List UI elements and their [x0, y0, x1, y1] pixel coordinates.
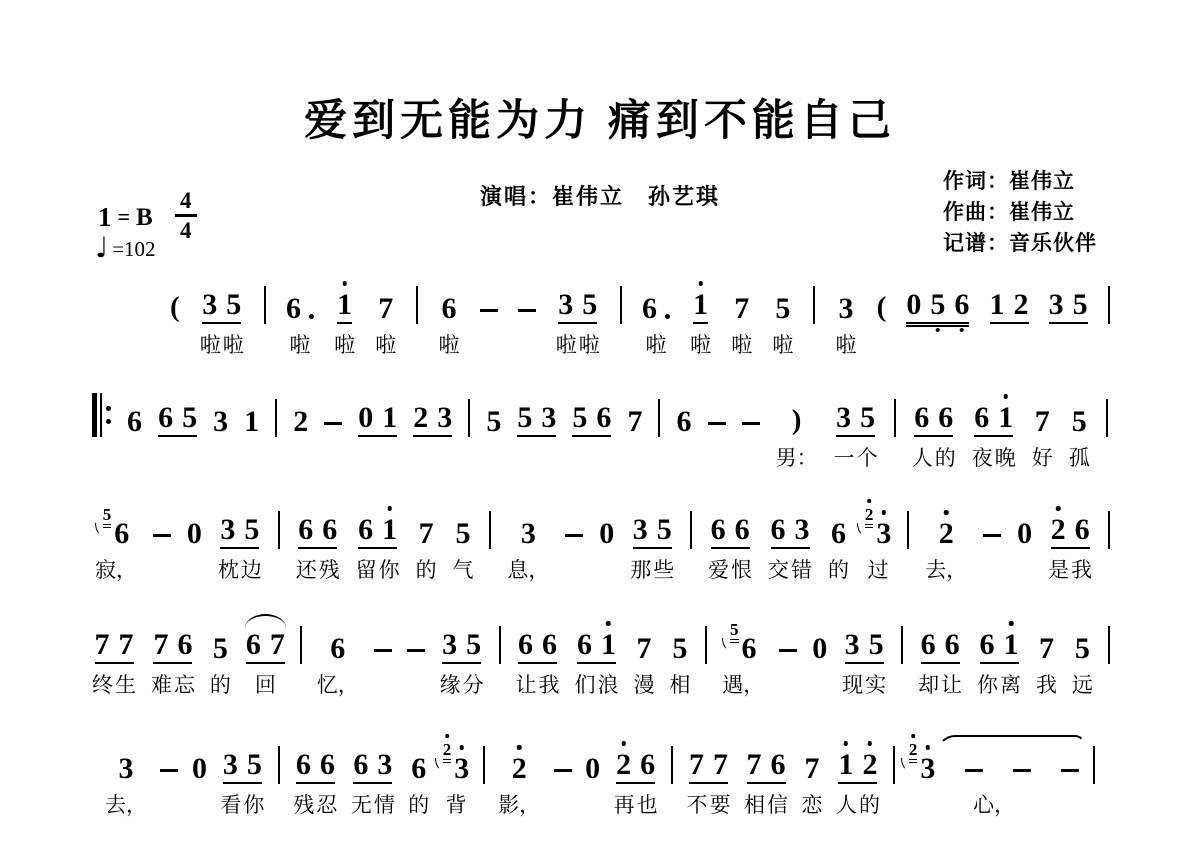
note-digit: 7: [1039, 634, 1054, 664]
beam-group: 77: [95, 630, 134, 664]
lyric-syllable: 晚: [995, 446, 1016, 474]
lyric-syllable: 信: [767, 793, 788, 821]
note: 1: [693, 290, 708, 324]
lyric-syllable: 我: [1071, 558, 1092, 586]
score-token: [278, 505, 280, 586]
score-token: 12: [990, 280, 1029, 361]
note: 5: [182, 403, 197, 433]
score-token: 26再也: [614, 740, 658, 821]
score-token: [407, 620, 425, 701]
tempo-value: =102: [112, 237, 155, 262]
score-token: 66让我: [516, 620, 560, 701]
note: 1: [998, 403, 1013, 433]
note: 0: [599, 519, 614, 549]
score-token: 56: [572, 393, 611, 474]
note-digit: 5: [657, 515, 672, 545]
score-token: [1093, 740, 1095, 821]
octave-dot-above: [342, 281, 347, 286]
score-token: [901, 620, 903, 701]
note: 5: [247, 750, 262, 780]
note-digit: 3: [845, 630, 860, 660]
score-token: 5远: [1072, 620, 1093, 701]
score-token: [489, 505, 491, 586]
note: 6: [127, 407, 142, 437]
duration-dash: [480, 309, 498, 313]
beam-group: 56: [572, 403, 611, 437]
duration-dash: [160, 769, 178, 773]
lyric-syllable: 实: [865, 673, 886, 701]
beam-group: 66: [914, 403, 953, 437]
beam-group: 61: [358, 515, 397, 549]
lyric-syllable: 现: [842, 673, 863, 701]
note: 6: [177, 630, 192, 660]
note-digit: 6: [771, 750, 786, 780]
note: 23: [909, 754, 936, 784]
credits-block: 作词：崔伟立 作曲：崔伟立 记谱：音乐伙伴: [943, 166, 1097, 259]
duration-dash: [1061, 769, 1079, 773]
lyric-syllable: 也: [637, 793, 658, 821]
note: 3: [795, 515, 810, 545]
lyric-syllable: 远: [1072, 673, 1093, 701]
score-token: [92, 393, 111, 474]
note-digit: 7: [119, 630, 134, 660]
lyric-syllable: 情: [374, 793, 395, 821]
note-digit: 6: [596, 403, 611, 433]
note-digit: 5: [1072, 407, 1087, 437]
note-digit: 2: [616, 750, 631, 780]
score-token: [1108, 620, 1110, 701]
note: 6: [596, 403, 611, 433]
note: 7: [270, 630, 285, 660]
key-numeral: 1: [98, 204, 112, 231]
score-token: 53: [517, 393, 556, 474]
barline: [705, 626, 707, 664]
score-token: 61夜晚: [972, 393, 1016, 474]
note-digit: 3: [795, 515, 810, 545]
note-digit: 3: [442, 630, 457, 660]
note-digit: 7: [713, 750, 728, 780]
note: 5: [1073, 290, 1088, 320]
score-token: 6忆，: [317, 620, 359, 701]
lyric-syllable: 的: [416, 558, 437, 586]
note: 0: [812, 634, 827, 664]
duration-dash: [742, 422, 760, 426]
lyric-syllable: 啦: [200, 333, 221, 361]
note: 3: [521, 519, 536, 549]
score-token: 3息，: [507, 505, 549, 586]
lyric-syllable: 交: [768, 558, 789, 586]
lyric-syllable: 一: [834, 446, 855, 474]
note: 5: [213, 634, 228, 664]
score-token: 66人的: [912, 393, 956, 474]
score-token: 6的: [408, 740, 429, 821]
barline: [907, 511, 909, 549]
note-digit: 3: [558, 290, 573, 320]
lyric-syllable: 我: [539, 673, 560, 701]
lyric-syllable: 啦: [772, 333, 793, 361]
note: 1: [337, 290, 352, 324]
barline: [483, 746, 485, 784]
lyric-syllable: 啦: [645, 333, 666, 361]
score-token: 1啦: [690, 280, 711, 361]
note-digit: 6: [640, 750, 655, 780]
quarter-note-icon: ♩: [95, 234, 108, 262]
lyric-syllable: 你: [243, 793, 264, 821]
note: 2: [862, 750, 877, 780]
barline: [1093, 746, 1095, 784]
lyric-syllable: 啦: [836, 333, 857, 361]
note: 5: [486, 407, 501, 437]
note: 5: [1075, 634, 1090, 664]
beam-group: 35: [836, 403, 875, 437]
note: 3: [213, 407, 228, 437]
note: 6: [411, 754, 426, 784]
note: 6: [246, 630, 261, 660]
score-token: [907, 505, 909, 586]
note-digit: 6: [771, 515, 786, 545]
music-line-1: (35啦啦6啦1啦7啦6啦35啦啦6啦1啦7啦5啦3啦(0561235: [170, 280, 1110, 361]
note-digit: 3: [541, 403, 556, 433]
second-beam-line: [906, 325, 969, 327]
score-token: 66爱恨: [708, 505, 752, 586]
score-token: 2去，: [925, 505, 967, 586]
beam-group: 53: [517, 403, 556, 437]
lyric-syllable: 好: [1032, 446, 1053, 474]
score-token: 7我: [1036, 620, 1057, 701]
note: 7: [627, 407, 642, 437]
beam-group: 66: [298, 515, 337, 549]
barline: [1108, 286, 1110, 324]
note: 6: [640, 750, 655, 780]
note-digit: 6: [127, 407, 142, 437]
lyric-syllable: 我: [1036, 673, 1057, 701]
score-token: 66残忍: [293, 740, 337, 821]
note-digit: 6: [677, 407, 692, 437]
note-digit: 7: [804, 754, 819, 784]
note: 5: [930, 290, 945, 320]
note: 5: [672, 634, 687, 664]
note-digit: 3: [836, 403, 851, 433]
note: 5: [572, 403, 587, 433]
note-digit: 2: [512, 754, 527, 784]
lyric-syllable: 啦: [375, 333, 396, 361]
note: 3: [541, 403, 556, 433]
score-token: [300, 620, 302, 701]
note: 6: [914, 403, 929, 433]
note-digit: 2: [413, 403, 428, 433]
grace-slur-hook: [857, 523, 867, 537]
lyric-syllable: 人: [836, 793, 857, 821]
octave-dot-above: [911, 734, 915, 738]
note-digit: 0: [906, 290, 921, 320]
lyric-syllable: 缘: [440, 673, 461, 701]
note: 7: [689, 750, 704, 780]
beam-group: 63: [771, 515, 810, 549]
lyric-syllable: 是: [1048, 558, 1069, 586]
score-token: [518, 280, 536, 361]
lyric-syllable: 男：: [776, 446, 818, 474]
note-digit: 0: [1017, 519, 1032, 549]
lyric-syllable: 的: [408, 793, 429, 821]
note-digit: 6: [441, 294, 456, 324]
note: 0: [192, 754, 207, 784]
note: 0: [187, 519, 202, 549]
note: 6: [542, 630, 557, 660]
note-digit: 3: [223, 750, 238, 780]
time-numerator: 4: [180, 188, 192, 213]
note-digit: 5: [582, 290, 597, 320]
note: 7: [419, 519, 434, 549]
score-token: [499, 620, 501, 701]
score-token: 61们浪: [574, 620, 618, 701]
note-digit: 6: [320, 750, 335, 780]
music-line-3: 56寂，035枕边66还残61留你7的5气3息，035那些66爱恨63交错6的2…: [95, 505, 1110, 586]
score-token: 77终生: [92, 620, 136, 701]
barline: [278, 511, 280, 549]
score-token: 76相信: [744, 740, 788, 821]
lyric-syllable: 啦: [690, 333, 711, 361]
note: 6: [322, 515, 337, 545]
note-digit: 6: [518, 630, 533, 660]
note: 5: [466, 630, 481, 660]
score-token: 12人的: [836, 740, 880, 821]
note-digit: 3: [454, 754, 469, 784]
score-token: [275, 393, 277, 474]
score-token: 1啦: [334, 280, 355, 361]
octave-dot-above: [1003, 394, 1008, 399]
score-token: [708, 393, 726, 474]
note-digit: 0: [187, 519, 202, 549]
note-digit: 0: [812, 634, 827, 664]
octave-dot-below: [936, 328, 941, 333]
score-token: 0: [187, 505, 202, 586]
score-token: 0: [812, 620, 827, 701]
note: 6: [735, 515, 750, 545]
note: 5: [657, 515, 672, 545]
beam-group: 35: [223, 750, 262, 784]
note-digit: 3: [377, 750, 392, 780]
note: 3: [202, 290, 217, 320]
score-token: 35啦啦: [200, 280, 244, 361]
barline: [690, 511, 692, 549]
score-token: 01: [358, 393, 397, 474]
grace-note: 2: [443, 741, 452, 760]
lyric-syllable: 留: [356, 558, 377, 586]
note-digit: 6: [711, 515, 726, 545]
note-digit: 1: [337, 290, 352, 324]
note: 3: [633, 515, 648, 545]
lyric-syllable: 离: [1000, 673, 1021, 701]
note-digit: 5: [456, 519, 471, 549]
note: 7: [747, 750, 762, 780]
score-token: 7的: [416, 505, 437, 586]
beam-group: 23: [413, 403, 452, 437]
barline: [813, 286, 815, 324]
grace-note: 5: [730, 621, 739, 640]
lyric-syllable: 那: [630, 558, 651, 586]
note: 5: [582, 290, 597, 320]
note: 6: [711, 515, 726, 545]
lyric-syllable: 却: [918, 673, 939, 701]
lyric-syllable: 看: [220, 793, 241, 821]
score-token: 77不要: [687, 740, 731, 821]
lyric-syllable: 去，: [925, 558, 967, 586]
score-token: 6的: [828, 505, 849, 586]
duration-dash: [708, 422, 726, 426]
score-token: 61留你: [356, 505, 400, 586]
beam-group: 35: [220, 515, 259, 549]
score-token: 6啦: [438, 280, 459, 361]
note-digit: 6: [1075, 515, 1090, 545]
lyric-syllable: 爱: [708, 558, 729, 586]
lyric-syllable: 回: [255, 673, 276, 701]
score-token: 3去，: [105, 740, 147, 821]
note-digit: 7: [747, 750, 762, 780]
score-token: 35缘分: [440, 620, 484, 701]
score-token: 3: [213, 393, 228, 474]
note-digit: 7: [153, 630, 168, 660]
note: 3: [220, 515, 235, 545]
note: 7: [95, 630, 110, 660]
note: 23: [865, 519, 892, 549]
beam-group: 35: [558, 290, 597, 324]
note-digit: 0: [358, 403, 373, 433]
beam-group: 66: [296, 750, 335, 784]
barline: [489, 511, 491, 549]
note-digit: 0: [599, 519, 614, 549]
lyric-syllable: 啦: [731, 333, 752, 361]
note-digit: 6: [246, 630, 261, 660]
note: 7: [804, 754, 819, 784]
octave-dot-above: [867, 499, 871, 503]
note-digit: 6: [980, 630, 995, 660]
score-token: 67回: [246, 620, 285, 701]
score-token: 5的: [210, 620, 231, 701]
note: 6: [771, 750, 786, 780]
note-digit: 2: [939, 519, 954, 549]
note-digit: 2: [862, 750, 877, 780]
lyric-syllable: 啦: [438, 333, 459, 361]
duration-dash: [324, 422, 342, 426]
score-token: [278, 740, 280, 821]
beam-group: 76: [747, 750, 786, 784]
duration-dash: [565, 534, 583, 538]
score-token: 5啦: [772, 280, 793, 361]
score-token: [416, 280, 418, 361]
score-token: [983, 505, 1001, 586]
barline: [468, 399, 470, 437]
phrase-paren: ): [792, 406, 802, 437]
note-digit: 1: [693, 290, 708, 324]
note: 6: [831, 519, 846, 549]
note-digit: 6: [358, 515, 373, 545]
note: 5: [1072, 407, 1087, 437]
note-digit: 1: [838, 750, 853, 780]
lyric-syllable: 你: [379, 558, 400, 586]
lyricist-credit: 作词：崔伟立: [943, 166, 1097, 197]
score-token: 63无情: [351, 740, 395, 821]
note: 3: [223, 750, 238, 780]
time-fraction-line: [175, 214, 197, 217]
lyric-syllable: 忆，: [317, 673, 359, 701]
note-digit: 7: [419, 519, 434, 549]
octave-dot-above: [1009, 621, 1014, 626]
score-token: 35: [1049, 280, 1088, 361]
duration-dash: [554, 769, 572, 773]
note-digit: 3: [1049, 290, 1064, 320]
score-token: [779, 620, 797, 701]
key-letter: B: [136, 205, 153, 230]
duration-dash: [407, 649, 425, 653]
note-digit: 6: [114, 519, 129, 549]
note: 7: [1035, 407, 1050, 437]
lyric-syllable: 终: [92, 673, 113, 701]
beam-group: 77: [689, 750, 728, 784]
beam-group: 66: [711, 515, 750, 549]
lyric-syllable: 啦: [223, 333, 244, 361]
grace-note: 5: [103, 506, 112, 525]
note-digit: 5: [486, 407, 501, 437]
score-token: 35枕边: [218, 505, 262, 586]
note: 3: [377, 750, 392, 780]
lyric-syllable: 恋: [801, 793, 822, 821]
note-digit: 1: [382, 403, 397, 433]
score-token: 0: [192, 740, 207, 821]
note: 5: [775, 294, 790, 324]
beam-group: 63: [353, 750, 392, 784]
duration-dash: [983, 534, 1001, 538]
note: 3: [442, 630, 457, 660]
lyric-syllable: 枕: [218, 558, 239, 586]
octave-dot-above: [844, 741, 849, 746]
lyric-syllable: 人: [912, 446, 933, 474]
note-digit: 7: [378, 294, 393, 324]
lyric-syllable: 气: [453, 558, 474, 586]
octave-dot-above: [621, 741, 626, 746]
tempo-marking: ♩ =102: [95, 234, 156, 262]
note: 6: [1075, 515, 1090, 545]
score-token: [480, 280, 498, 361]
octave-dot-below: [960, 328, 965, 333]
score-token: 35看你: [220, 740, 264, 821]
beam-group: 35: [633, 515, 672, 549]
note: 2: [1051, 515, 1066, 545]
score-token: [671, 740, 673, 821]
repeat-sign-begin: [92, 393, 111, 437]
note: 0: [906, 290, 921, 320]
barline: [275, 399, 277, 437]
note: 6: [298, 515, 313, 545]
score-token: 23背: [443, 740, 470, 821]
note: 3: [836, 403, 851, 433]
score-token: 23心，: [909, 740, 1080, 821]
score-token: 5气: [453, 505, 474, 586]
note: 7: [734, 294, 749, 324]
barline: [416, 286, 418, 324]
note: 5: [517, 403, 532, 433]
lyric-syllable: 息，: [507, 558, 549, 586]
octave-dot-above: [1056, 506, 1061, 511]
score-token: 2影，: [498, 740, 540, 821]
beam-group: 66: [518, 630, 557, 664]
score-token: [690, 505, 692, 586]
note: 6: [974, 403, 989, 433]
octave-dot-above: [926, 745, 931, 750]
lyric-syllable: 的: [210, 673, 231, 701]
note-digit: 1: [244, 407, 259, 437]
score-token: [893, 740, 895, 821]
note: 6: [358, 515, 373, 545]
